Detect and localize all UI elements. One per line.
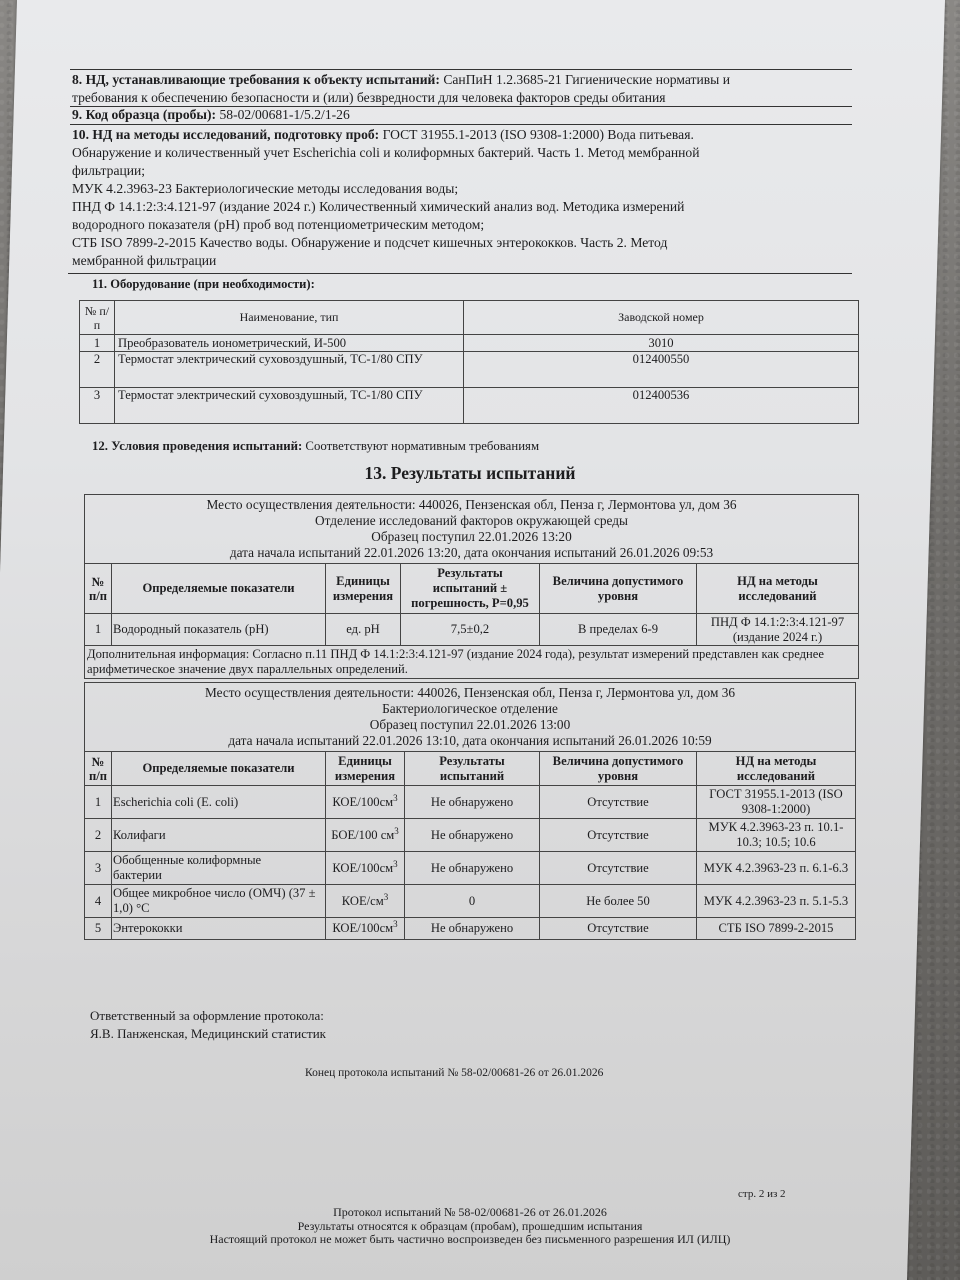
section-10-line: СТБ ISO 7899-2-2015 Качество воды. Обнар…: [72, 235, 667, 250]
additional-info: Дополнительная информация: Согласно п.11…: [85, 646, 859, 679]
row-number: 3: [85, 852, 112, 885]
section-10-line: ГОСТ 31955.1-2013 (ISO 9308-1:2000) Вода…: [383, 127, 694, 142]
department: Отделение исследований факторов окружающ…: [85, 513, 858, 529]
unit-text: КОЕ/100см: [332, 921, 393, 935]
equipment-number: 3: [80, 388, 115, 424]
col-method: НД на методы исследований: [697, 752, 856, 786]
method: СТБ ISO 7899-2-2015: [697, 918, 856, 940]
col-result: Результаты испытаний ± погрешность, P=0,…: [401, 564, 540, 614]
results-title: 13. Результаты испытаний: [60, 463, 880, 484]
row-number: 1: [85, 786, 112, 819]
row-number: 4: [85, 885, 112, 918]
equipment-serial: 012400536: [464, 388, 859, 424]
unit-exponent: 3: [393, 792, 398, 802]
col-number: № п/п: [80, 301, 115, 335]
equipment-serial: 3010: [464, 335, 859, 352]
document-page: 8. НД, устанавливающие требования к объе…: [0, 0, 960, 1280]
equipment-serial: 012400550: [464, 352, 859, 388]
unit-exponent: 3: [394, 825, 399, 835]
section-8-label: 8. НД, устанавливающие требования к объе…: [72, 72, 440, 87]
sample-received: Образец поступил 22.01.2026 13:20: [85, 529, 858, 545]
unit: КОЕ/100см3: [326, 852, 405, 885]
result-row: 4 Общее микробное число (ОМЧ) (37 ± 1,0)…: [85, 885, 856, 918]
method: ПНД Ф 14.1:2:3:4.121-97 (издание 2024 г.…: [697, 614, 859, 646]
section-8-text-cont: требования к обеспечению безопасности и …: [72, 90, 666, 105]
end-of-protocol: Конец протокола испытаний № 58-02/00681-…: [305, 1067, 603, 1079]
section-9-label: 9. Код образца (пробы):: [72, 107, 216, 122]
result-row: 3 Обобщенные колиформные бактерии КОЕ/10…: [85, 852, 856, 885]
test-dates: дата начала испытаний 22.01.2026 13:10, …: [85, 733, 855, 749]
footer-protocol: Протокол испытаний № 58-02/00681-26 от 2…: [200, 1206, 740, 1219]
section-12: 12. Условия проведения испытаний: Соотве…: [92, 437, 870, 455]
section-11-label: 11. Оборудование (при необходимости):: [92, 277, 315, 291]
method: МУК 4.2.3963-23 п. 5.1-5.3: [697, 885, 856, 918]
permissible-limit: Отсутствие: [540, 918, 697, 940]
indicator: Энтерококки: [112, 918, 326, 940]
result-value: Не обнаружено: [405, 819, 540, 852]
section-10-line: ПНД Ф 14.1:2:3:4.121-97 (издание 2024 г.…: [72, 199, 684, 214]
section-12-label: 12. Условия проведения испытаний:: [92, 439, 302, 453]
permissible-limit: Отсутствие: [540, 852, 697, 885]
test-conditions: Соответствуют нормативным требованиям: [305, 439, 539, 453]
block-header: Место осуществления деятельности: 440026…: [85, 495, 859, 564]
col-method: НД на методы исследований: [697, 564, 859, 614]
page-number: стр. 2 из 2: [738, 1188, 786, 1200]
permissible-limit: Отсутствие: [540, 819, 697, 852]
permissible-limit: В пределах 6-9: [540, 614, 697, 646]
row-number: 2: [85, 819, 112, 852]
unit: КОЕ/100см3: [326, 786, 405, 819]
section-10-line: фильтрации;: [72, 163, 145, 178]
results-table-bacteriology: Место осуществления деятельности: 440026…: [84, 682, 856, 940]
divider: [70, 124, 852, 125]
unit-exponent: 3: [384, 891, 389, 901]
unit-exponent: 3: [393, 919, 398, 929]
equipment-name: Преобразователь ионометрический, И-500: [115, 335, 464, 352]
col-result: Результаты испытаний: [405, 752, 540, 786]
divider: [70, 69, 852, 70]
indicator: Колифаги: [112, 819, 326, 852]
signature-block: Ответственный за оформление протокола: Я…: [90, 1007, 326, 1043]
unit-text: КОЕ/100см: [332, 795, 393, 809]
result-row: 1 Водородный показатель (pH) ед. pH 7,5±…: [85, 614, 859, 646]
section-10-line: водородного показателя (pH) проб вод пот…: [72, 217, 484, 232]
method: МУК 4.2.3963-23 п. 6.1-6.3: [697, 852, 856, 885]
indicator: Общее микробное число (ОМЧ) (37 ± 1,0) °…: [112, 885, 326, 918]
col-unit: Единицы измерения: [326, 564, 401, 614]
unit: КОЕ/100см3: [326, 918, 405, 940]
unit: БОЕ/100 см3: [326, 819, 405, 852]
results-table-chemistry: Место осуществления деятельности: 440026…: [84, 494, 859, 679]
equipment-row: 1 Преобразователь ионометрический, И-500…: [80, 335, 859, 352]
row-number: 5: [85, 918, 112, 940]
equipment-name: Термостат электрический суховоздушный, Т…: [115, 388, 464, 424]
signature-person: Я.В. Панженская, Медицинский статистик: [90, 1025, 326, 1043]
section-8-text: СанПиН 1.2.3685-21 Гигиенические нормати…: [443, 72, 730, 87]
method: МУК 4.2.3963-23 п. 10.1-10.3; 10.5; 10.6: [697, 819, 856, 852]
col-number: № п/п: [85, 564, 112, 614]
section-9: 9. Код образца (пробы): 58-02/00681-1/5.…: [72, 106, 850, 124]
col-unit: Единицы измерения: [326, 752, 405, 786]
sample-code: 58-02/00681-1/5.2/1-26: [219, 107, 349, 122]
result-row: 1 Escherichia coli (E. coli) КОЕ/100см3 …: [85, 786, 856, 819]
indicator: Escherichia coli (E. coli): [112, 786, 326, 819]
footer-reproduction-note: Настоящий протокол не может быть частичн…: [160, 1233, 780, 1246]
signature-label: Ответственный за оформление протокола:: [90, 1007, 326, 1025]
col-name: Наименование, тип: [115, 301, 464, 335]
section-8: 8. НД, устанавливающие требования к объе…: [72, 71, 850, 107]
equipment-name: Термостат электрический суховоздушный, Т…: [115, 352, 464, 388]
unit: ед. pH: [326, 614, 401, 646]
result-value: 7,5±0,2: [401, 614, 540, 646]
section-10-line: мембранной фильтрации: [72, 253, 216, 268]
result-value: Не обнаружено: [405, 918, 540, 940]
equipment-number: 1: [80, 335, 115, 352]
col-limit: Величина допустимого уровня: [540, 564, 697, 614]
permissible-limit: Не более 50: [540, 885, 697, 918]
lab-address: Место осуществления деятельности: 440026…: [85, 685, 855, 701]
divider: [68, 273, 852, 274]
unit: КОЕ/см3: [326, 885, 405, 918]
unit-text: КОЕ/см: [342, 894, 384, 908]
lab-address: Место осуществления деятельности: 440026…: [85, 497, 858, 513]
section-10-line: МУК 4.2.3963-23 Бактериологические метод…: [72, 181, 458, 196]
test-dates: дата начала испытаний 22.01.2026 13:20, …: [85, 545, 858, 561]
col-indicator: Определяемые показатели: [112, 564, 326, 614]
section-10-label: 10. НД на методы исследований, подготовк…: [72, 127, 379, 142]
equipment-row: 3 Термостат электрический суховоздушный,…: [80, 388, 859, 424]
indicator: Обобщенные колиформные бактерии: [112, 852, 326, 885]
col-number: № п/п: [85, 752, 112, 786]
unit-exponent: 3: [393, 858, 398, 868]
row-number: 1: [85, 614, 112, 646]
unit-text: БОЕ/100 см: [331, 828, 394, 842]
result-value: Не обнаружено: [405, 786, 540, 819]
equipment-row: 2 Термостат электрический суховоздушный,…: [80, 352, 859, 388]
method: ГОСТ 31955.1-2013 (ISO 9308-1:2000): [697, 786, 856, 819]
additional-info-row: Дополнительная информация: Согласно п.11…: [85, 646, 859, 679]
col-serial: Заводской номер: [464, 301, 859, 335]
indicator: Водородный показатель (pH): [112, 614, 326, 646]
section-10: 10. НД на методы исследований, подготовк…: [72, 126, 850, 270]
result-row: 5 Энтерококки КОЕ/100см3 Не обнаружено О…: [85, 918, 856, 940]
sample-received: Образец поступил 22.01.2026 13:00: [85, 717, 855, 733]
result-value: Не обнаружено: [405, 852, 540, 885]
result-value: 0: [405, 885, 540, 918]
block-header: Место осуществления деятельности: 440026…: [85, 683, 856, 752]
result-row: 2 Колифаги БОЕ/100 см3 Не обнаружено Отс…: [85, 819, 856, 852]
permissible-limit: Отсутствие: [540, 786, 697, 819]
section-10-line: Обнаружение и количественный учет Escher…: [72, 145, 700, 160]
equipment-table: № п/п Наименование, тип Заводской номер …: [79, 300, 859, 424]
col-limit: Величина допустимого уровня: [540, 752, 697, 786]
col-indicator: Определяемые показатели: [112, 752, 326, 786]
section-11-heading: 11. Оборудование (при необходимости):: [92, 275, 870, 293]
department: Бактериологическое отделение: [85, 701, 855, 717]
equipment-number: 2: [80, 352, 115, 388]
unit-text: КОЕ/100см: [332, 861, 393, 875]
